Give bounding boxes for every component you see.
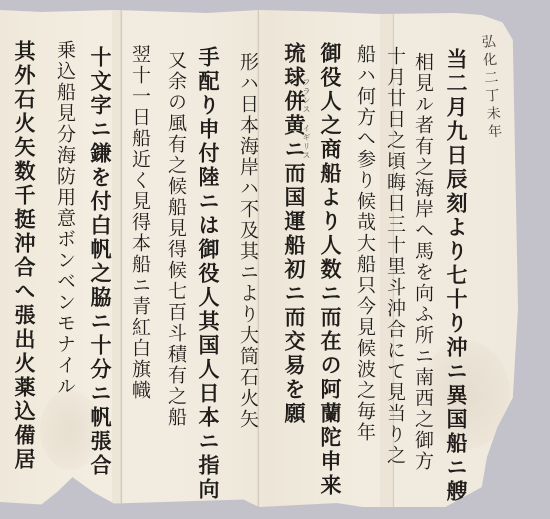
column-6-annotation: フランス イギリス bbox=[302, 78, 310, 160]
manuscript-paper: 弘化二丁未年 当二月九日辰刻より七十り沖ニ異国船ニ艘 相見ル者有之海岸へ馬を向ふ… bbox=[0, 10, 518, 507]
text-column-11: 十文字ニ鎌を付白帆之脇ニ十分ニ帆張合 bbox=[90, 46, 111, 478]
text-column-7: 形ハ日本海岸ハ不及其ニより大筒石火矢 bbox=[238, 52, 257, 430]
text-column-13: 其外石火矢数千挺沖合へ張出火薬込備居 bbox=[14, 40, 35, 472]
text-column-4: 船ハ何方へ参り候哉大船只今見候波之毎年 bbox=[355, 44, 374, 443]
text-column-9: 又余の風有之候船見得候七百斗積有之船 bbox=[166, 50, 185, 428]
text-column-12: 乗込船見分海防用意ボンベンモナイル bbox=[55, 40, 74, 397]
document-photo: 弘化二丁未年 当二月九日辰刻より七十り沖ニ異国船ニ艘 相見ル者有之海岸へ馬を向ふ… bbox=[0, 0, 550, 519]
text-column-1: 当二月九日辰刻より七十り沖ニ異国船ニ艘 bbox=[446, 48, 467, 504]
text-column-5: 御役人之商船より人数ニ而在の阿蘭陀申来 bbox=[320, 42, 341, 498]
text-column-8: 手配り申付陸ニは御役人其国人日本ニ指向 bbox=[198, 46, 219, 502]
text-column-2: 相見ル者有之海岸へ馬を向ふ所ニ南西之御方 bbox=[413, 52, 432, 472]
text-column-3: 十月廿日之頃晦日三十里斗沖合にて見当り之 bbox=[385, 46, 404, 466]
header-date: 弘化二丁未年 bbox=[480, 34, 501, 143]
text-column-10: 翌十一日船近く見得本船ニ青紅白旗幟 bbox=[130, 44, 149, 401]
fold-line bbox=[120, 10, 123, 507]
